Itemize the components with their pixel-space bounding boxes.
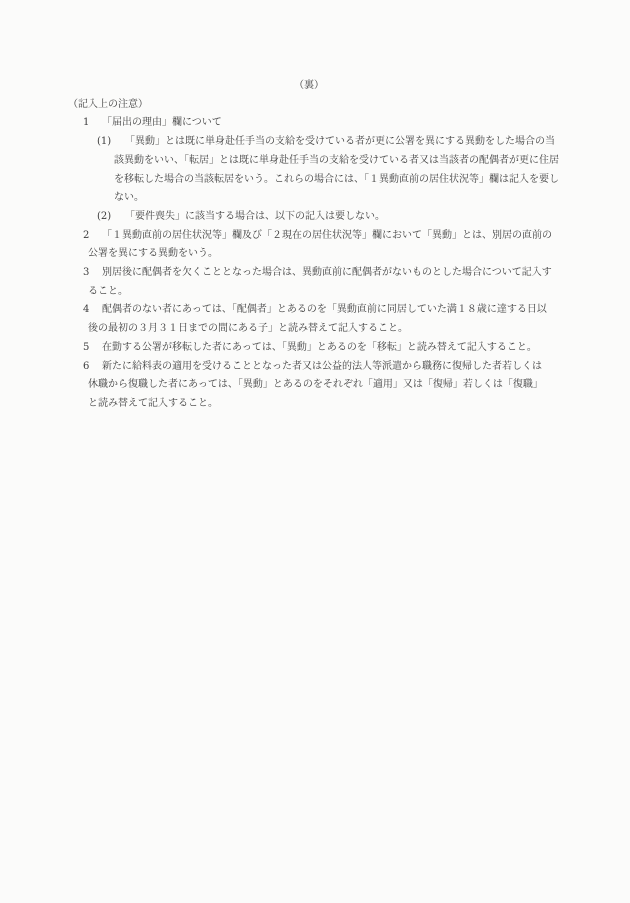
document-page: （裏） （記入上の注意） 1「届出の理由」欄について (1)「異動」とは既に単身… <box>0 0 630 903</box>
item-2-line-1: 「１異動直前の居住状況等」欄及び「２現在の居住状況等」欄において「異動」とは、別… <box>102 230 552 241</box>
item-3-number: 3 <box>83 264 102 283</box>
item-2-line-2: 公署を異にする異動をいう。 <box>68 245 550 264</box>
item-4-number: 4 <box>83 301 102 320</box>
item-1-heading: 「届出の理由」欄について <box>102 117 222 128</box>
sub-1-line-4: ない。 <box>68 189 550 208</box>
item-4: 4配偶者のない者にあっては、「配偶者」とあるのを「異動直前に同居していた満１８歳… <box>68 301 550 320</box>
item-1-sub-1: (1)「異動」とは既に単身赴任手当の支給を受けている者が更に公署を異にする異動を… <box>68 133 550 152</box>
item-1: 1「届出の理由」欄について <box>68 114 550 133</box>
item-5: 5在勤する公署が移転した者にあっては、「異動」とあるのを「移転」と読み替えて記入… <box>68 339 550 358</box>
sub-2-text: 「要件喪失」に該当する場合は、以下の記入は要しない。 <box>125 211 385 222</box>
item-2-number: 2 <box>83 227 102 246</box>
item-2: 2「１異動直前の居住状況等」欄及び「２現在の居住状況等」欄において「異動」とは、… <box>68 227 550 246</box>
sub-1-line-2: 該異動をいい、「転居」とは既に単身赴任手当の支給を受けている者又は当該者の配偶者… <box>68 152 550 171</box>
item-6-line-1: 新たに給料表の適用を受けることとなった者又は公益的法人等派遣から職務に復帰した者… <box>102 361 542 372</box>
item-5-number: 5 <box>83 339 102 358</box>
sub-1-line-1: 「異動」とは既に単身赴任手当の支給を受けている者が更に公署を異にする異動をした場… <box>125 136 555 147</box>
side-label: （裏） <box>68 77 550 96</box>
notes-block: （裏） （記入上の注意） 1「届出の理由」欄について (1)「異動」とは既に単身… <box>68 77 550 414</box>
section-title: （記入上の注意） <box>68 96 550 115</box>
item-1-number: 1 <box>83 114 102 133</box>
sub-1-marker: (1) <box>97 133 125 152</box>
item-6-line-2: 休職から復職した者にあっては、「異動」とあるのをそれぞれ「適用」又は「復帰」若し… <box>68 376 550 395</box>
item-3: 3別居後に配偶者を欠くこととなった場合は、異動直前に配偶者がないものとした場合に… <box>68 264 550 283</box>
item-6: 6新たに給料表の適用を受けることとなった者又は公益的法人等派遣から職務に復帰した… <box>68 358 550 377</box>
item-3-line-1: 別居後に配偶者を欠くこととなった場合は、異動直前に配偶者がないものとした場合につ… <box>102 267 552 278</box>
item-1-sub-2: (2)「要件喪失」に該当する場合は、以下の記入は要しない。 <box>68 208 550 227</box>
item-3-line-2: ること。 <box>68 283 550 302</box>
item-4-line-1: 配偶者のない者にあっては、「配偶者」とあるのを「異動直前に同居していた満１８歳に… <box>102 304 547 315</box>
item-5-text: 在勤する公署が移転した者にあっては、「異動」とあるのを「移転」と読み替えて記入す… <box>102 342 537 353</box>
item-6-line-3: と読み替えて記入すること。 <box>68 395 550 414</box>
sub-1-line-3: を移転した場合の当該転居をいう。これらの場合には、「１異動直前の居住状況等」欄は… <box>68 171 550 190</box>
item-4-line-2: 後の最初の３月３１日までの間にある子」と読み替えて記入すること。 <box>68 320 550 339</box>
sub-2-marker: (2) <box>97 208 125 227</box>
item-6-number: 6 <box>83 358 102 377</box>
